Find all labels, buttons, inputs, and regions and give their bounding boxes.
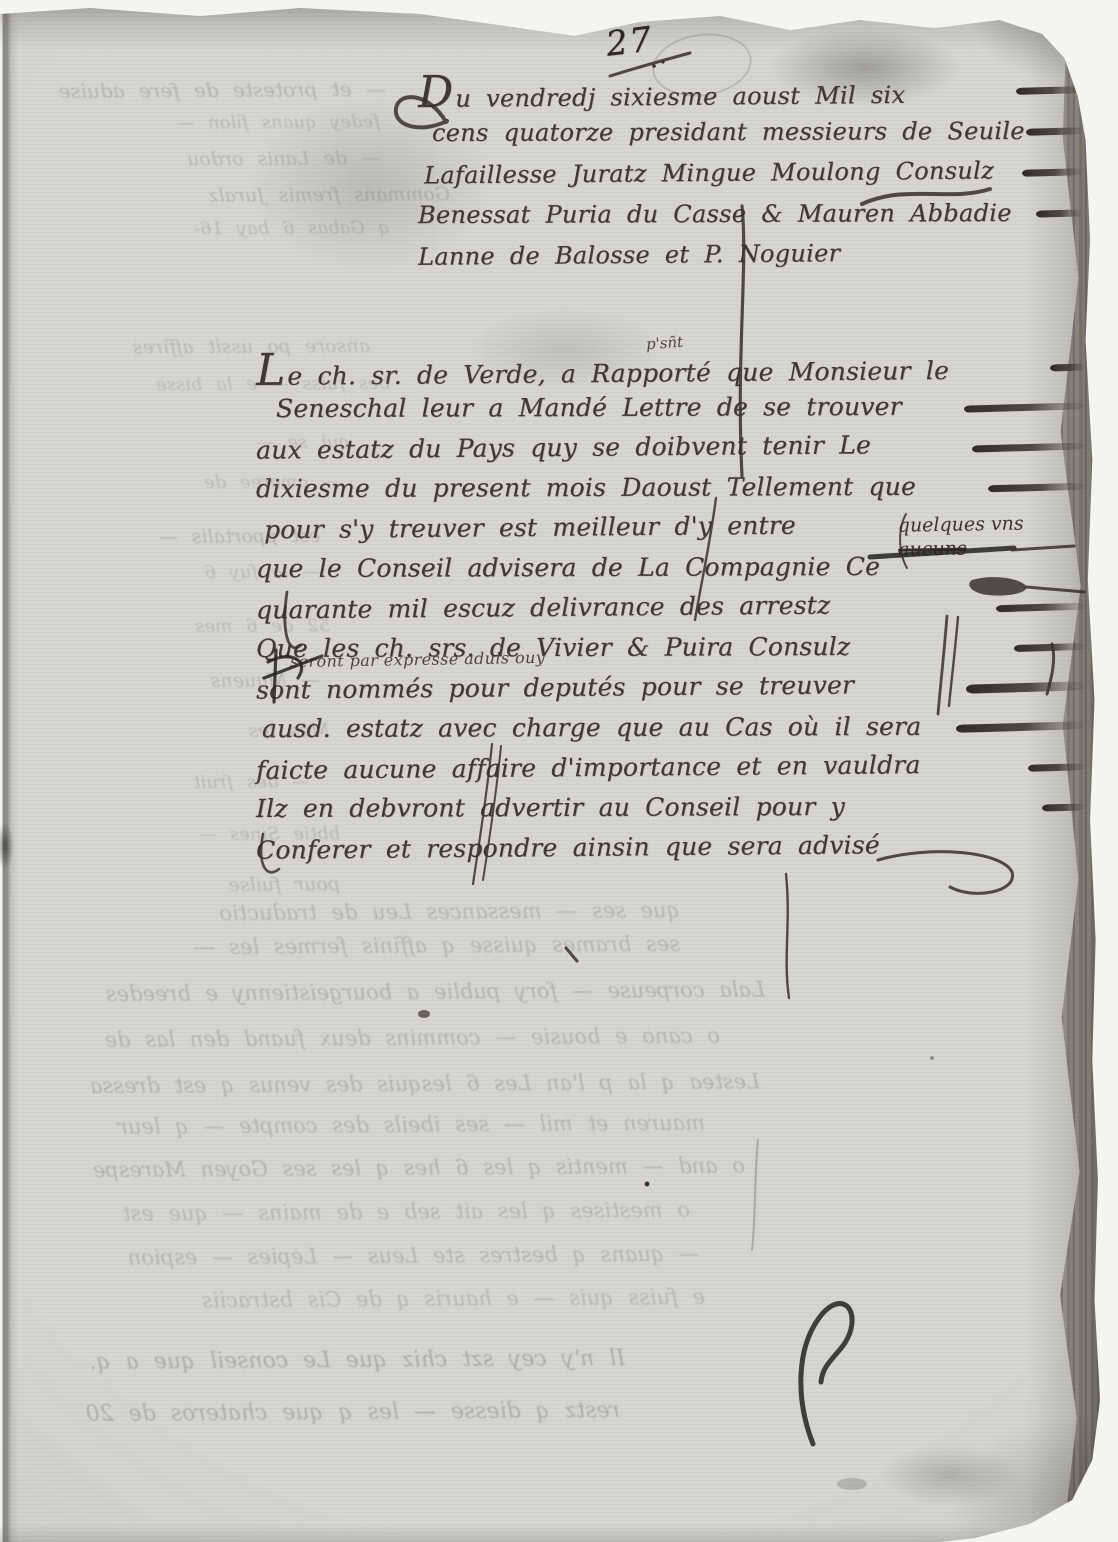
deliberation-paragraph: Le ch. sr. de Verde, a Rapporté que Mons…: [256, 347, 1084, 867]
show-through-line: ansore po ussit affires: [30, 335, 370, 359]
show-through-line: 52 de 6 mes: [90, 615, 330, 638]
body-line: sont nommés pour deputés pour se treuver: [256, 667, 1084, 707]
ink-speck: [418, 1010, 430, 1018]
edge-blot: [0, 822, 14, 870]
show-through-line: qui se —: [130, 431, 350, 454]
line-filler-stroke: [1016, 86, 1082, 95]
show-through-line: Lestea q la p l'an Les 6 lesquis des ven…: [30, 1069, 760, 1098]
line-filler-stroke: [1042, 803, 1084, 811]
body-line: Conferer et respondre ainsin que sera ad…: [256, 827, 1084, 867]
show-through-line: Lala corpeuse — fory publie a bourgeisti…: [55, 978, 765, 1007]
body-line: faicte aucune affaire d'importance et en…: [256, 747, 1084, 787]
show-through-line: q Gabas 6 bay 16-: [110, 217, 390, 240]
margin-correction-struck: aucuns: [898, 534, 1098, 561]
manuscript-scan: 27 Du vendredj sixiesme aoust Mil six ce…: [0, 0, 1118, 1542]
line-filler-stroke: [964, 402, 1084, 412]
show-through-line: Gommans fremis Juralz: [150, 183, 450, 207]
show-through-line: fedey quans filon —: [120, 111, 380, 134]
line-filler-stroke: [1028, 763, 1084, 772]
body-line: Ilz en debvront advertir au Conseil pour…: [256, 787, 1084, 827]
show-through-line: pour fuilse: [120, 873, 340, 897]
line-filler-stroke: [1036, 209, 1082, 217]
line-filler-stroke: [956, 721, 1084, 733]
body-line: ausd. estatz avec charge que au Cas où i…: [256, 707, 1084, 747]
show-through-line: Mes les: [150, 719, 330, 742]
header-line: Du vendredj sixiesme aoust Mil six: [418, 70, 1082, 111]
closing-paraph-tail: [786, 874, 789, 998]
margin-correction-added: quelques vns: [898, 510, 1098, 537]
show-through-line: restz q diesse — les q que chateros de 2…: [70, 1398, 620, 1427]
session-heading: Du vendredj sixiesme aoust Mil six cens …: [418, 70, 1082, 275]
show-through-line: — la fuy 6: [100, 561, 320, 584]
paper-stain: [880, 1445, 1020, 1505]
show-through-line: que ses — messances Leu de traductio: [120, 898, 680, 926]
ink-speck: [645, 1182, 650, 1187]
show-through-line: — et proteste de fere aduise: [26, 77, 386, 104]
show-through-line: — quans q bestres ste Leus — Lepies — es…: [30, 1242, 700, 1271]
show-through-line: bes fuiss — e la bisse: [60, 373, 390, 396]
show-through-line: bbtie Sines —: [60, 823, 340, 846]
header-line: Lafaillesse Juratz Mingue Moulong Consul…: [418, 152, 1082, 193]
show-through-line: ses brames quisse q affinis fermes les —: [40, 932, 680, 960]
show-through-line: — Mauens: [90, 669, 320, 693]
line-filler-stroke: [966, 681, 1084, 693]
header-line: Lanne de Balosse et P. Noguier: [418, 234, 1082, 275]
line-filler-stroke: [988, 482, 1084, 492]
line-filler-stroke: [1026, 127, 1082, 136]
line-filler-stroke: [972, 442, 1084, 452]
header-line: Benessat Puria du Casse & Mauren Abbadie: [418, 193, 1082, 234]
bottom-flourish-mark: [801, 1304, 852, 1444]
show-through-line: — de Lanis ordou: [90, 147, 380, 171]
page-number: 27: [604, 19, 656, 64]
body-line: quarante mil escuz delivrance des arrest…: [256, 587, 1084, 627]
superscript-abbreviation-note: p'sñt: [645, 333, 683, 354]
body-line: aux estatz du Pays quy se doibvent tenir…: [256, 427, 1084, 467]
show-through-line: — des fruit: [70, 771, 310, 794]
show-through-line: o cano e bousie — commins deux fuand den…: [40, 1024, 720, 1053]
line-filler-stroke: [1014, 643, 1084, 652]
line-filler-stroke: [1022, 168, 1082, 177]
show-through-line: mauren et mil — ses ibeils des compte — …: [55, 1111, 705, 1140]
line-filler-stroke: [1050, 363, 1084, 371]
body-line: dixiesme du present mois Daoust Tellemen…: [256, 467, 1084, 507]
manuscript-page: 27 Du vendredj sixiesme aoust Mil six ce…: [0, 0, 1118, 1542]
smudge: [837, 1478, 867, 1490]
show-through-line: Il n'y cey szt chiz que Le conseil que a…: [55, 1346, 625, 1375]
line-filler-stroke: [996, 602, 1084, 611]
margin-correction: quelques vns aucuns: [898, 510, 1099, 561]
show-through-line: o mestises q les ait seb e de mains — qu…: [60, 1198, 690, 1226]
faint-crease: [752, 1140, 758, 1250]
show-through-line: o and — mentis q les 6 hes q les ses Goy…: [35, 1154, 745, 1183]
ink-speck: [930, 1056, 934, 1060]
show-through-line: e fuiss quis — e hauris q de Cis bstraci…: [95, 1285, 705, 1313]
show-through-line: — ameree de: [80, 471, 340, 494]
show-through-line: est pportalis —: [30, 525, 320, 549]
